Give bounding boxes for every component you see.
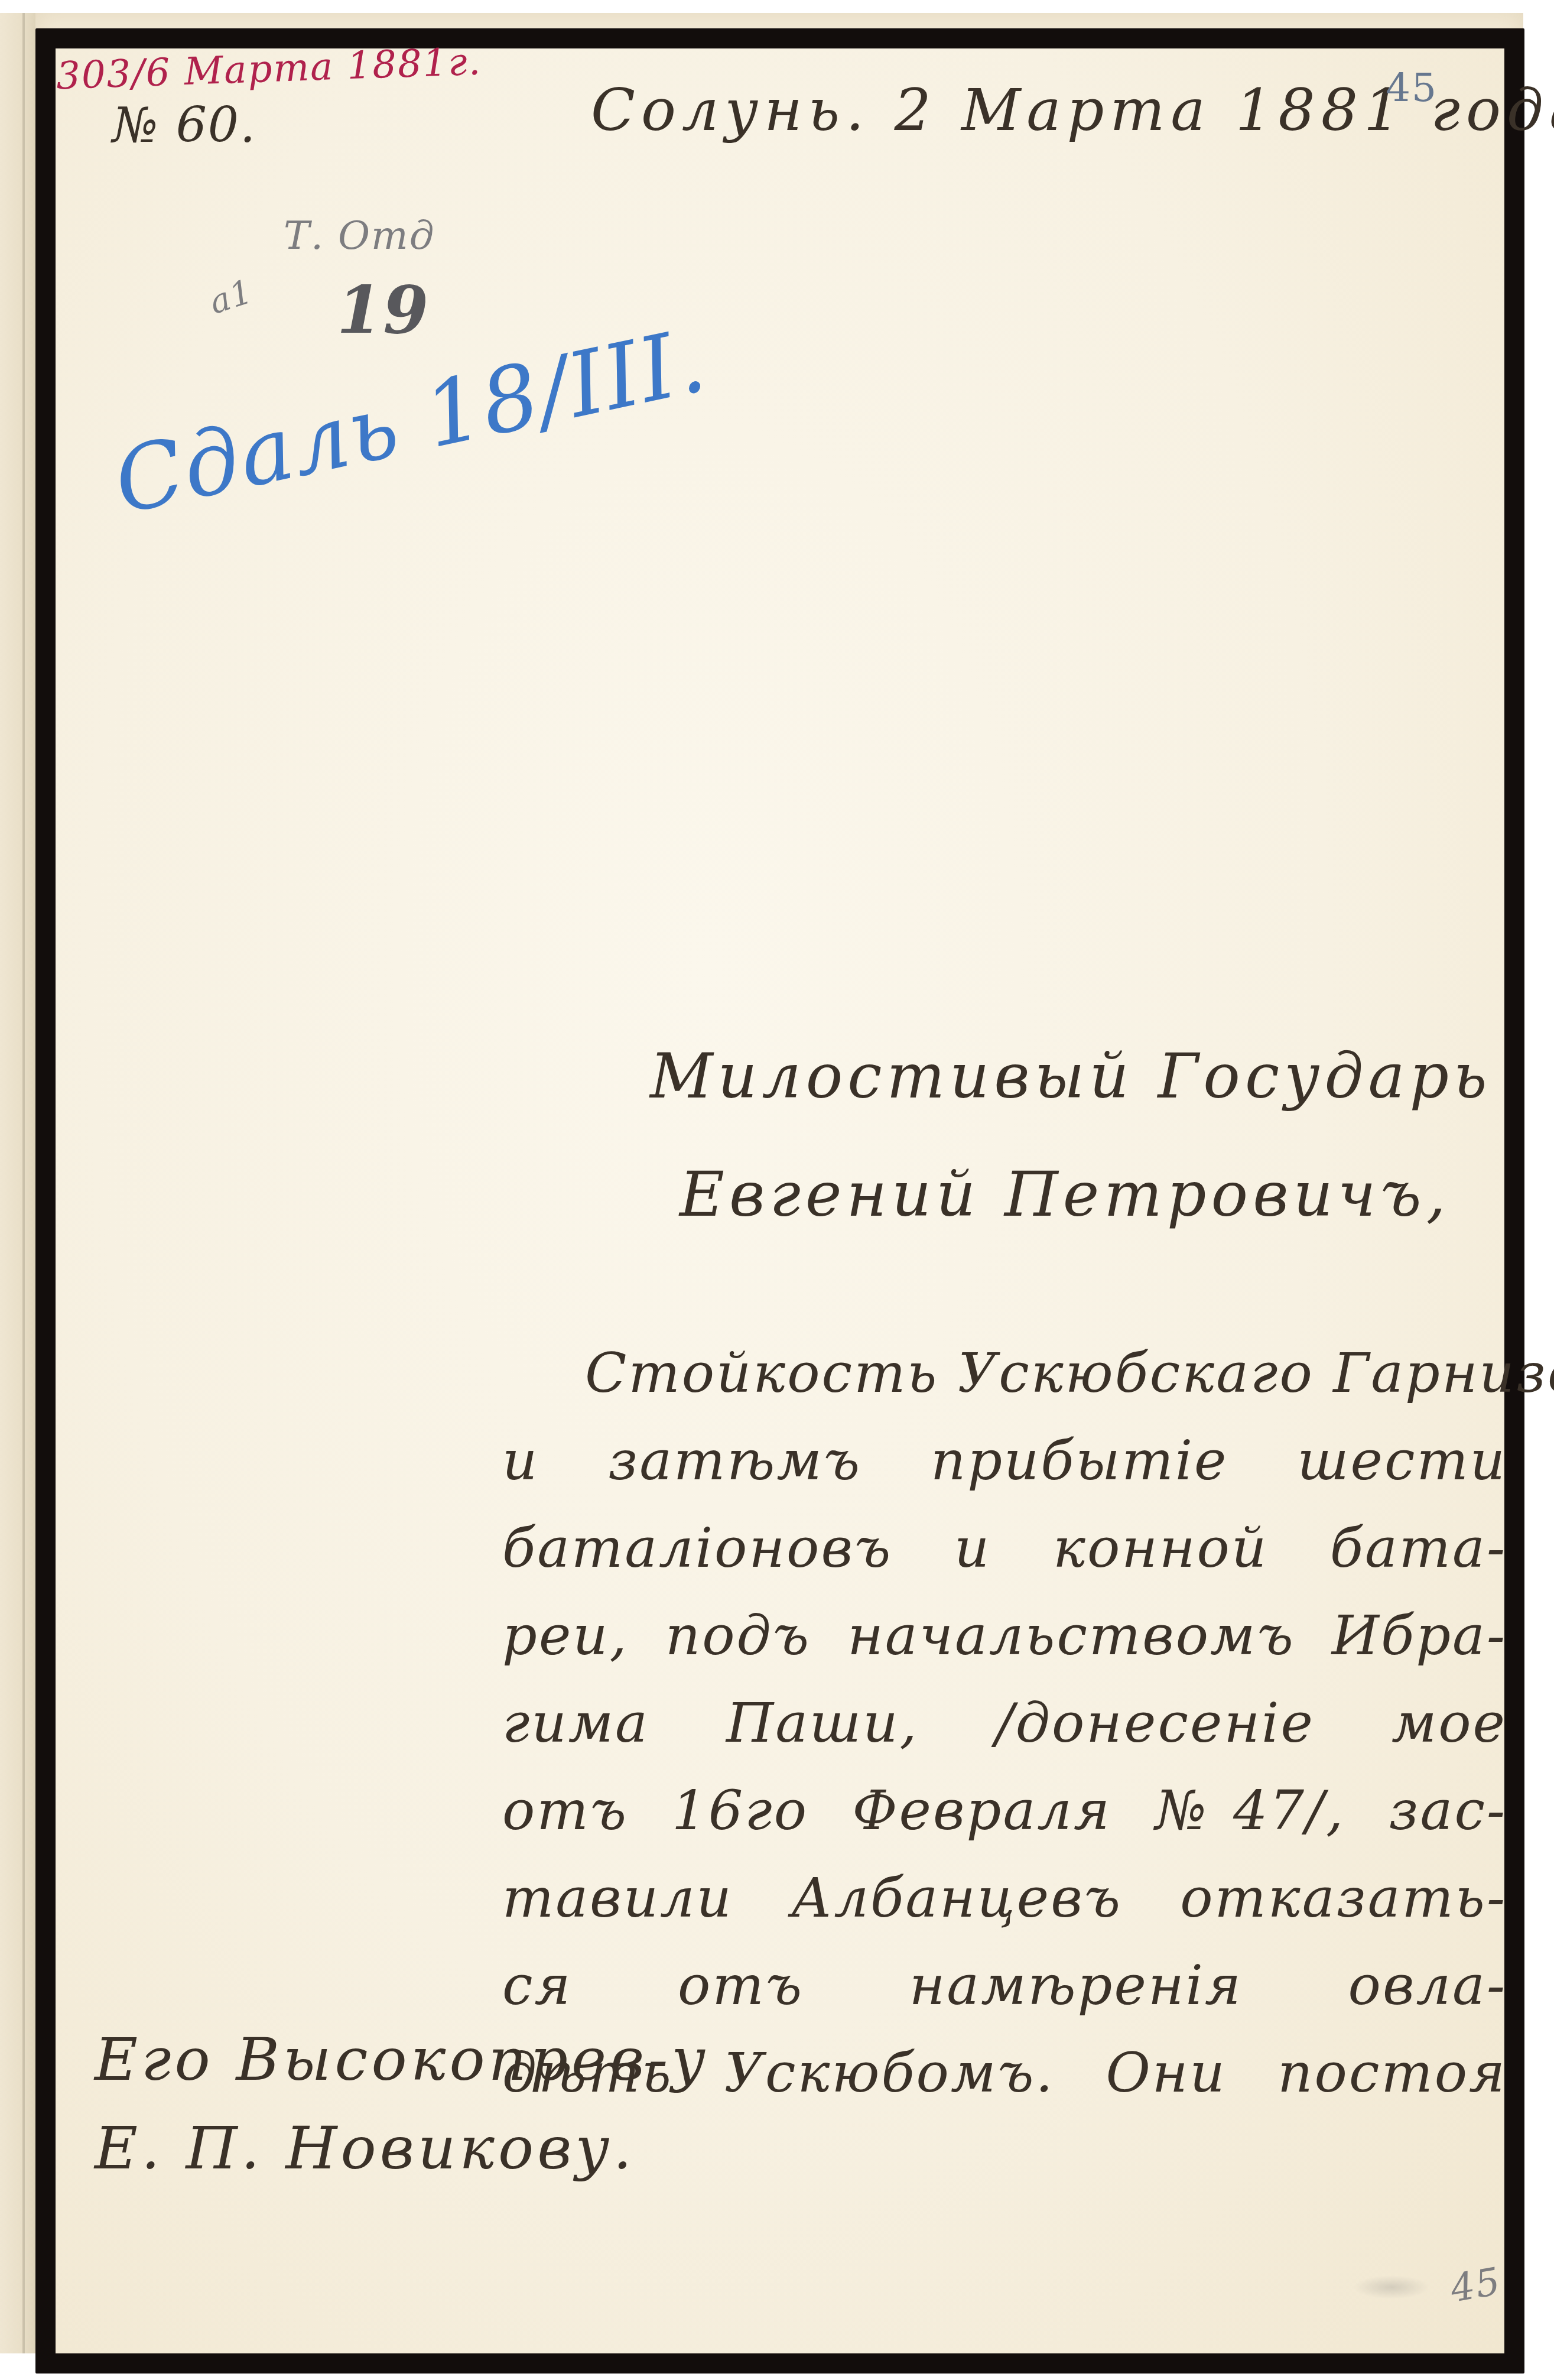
pencil-department-note: Т. Отд bbox=[284, 213, 435, 258]
document-number: № 60. bbox=[112, 98, 256, 154]
pencil-number-note: 19 bbox=[337, 272, 430, 348]
binding-strip bbox=[0, 13, 38, 2353]
folio-number-top: 45 bbox=[1386, 65, 1438, 111]
body-line: реи, подъ начальствомъ Ибра- bbox=[502, 1592, 1507, 1680]
body-line: Стойкость Ускюбскаго Гарнизона bbox=[502, 1330, 1507, 1417]
recipient-name: Е. П. Новикову. bbox=[95, 2104, 709, 2193]
salutation-line-2: Евгений Петровичъ, bbox=[680, 1158, 1451, 1230]
body-line: и затѣмъ прибытіе шести bbox=[502, 1417, 1507, 1505]
body-line: тавили Албанцевъ отказать- bbox=[502, 1855, 1507, 1942]
recipient-block: Его Высокопрев-у Е. П. Новикову. bbox=[95, 2015, 709, 2193]
letter-body: Стойкость Ускюбскаго Гарнизона и затѣмъ … bbox=[502, 1330, 1507, 2117]
salutation-line-1: Милостивый Государь bbox=[650, 1040, 1492, 1112]
body-line: баталіоновъ и конной бата- bbox=[502, 1505, 1507, 1592]
folio-number-bottom: 45 bbox=[1447, 2259, 1504, 2311]
body-line: отъ 16го Февраля №47/, зас- bbox=[502, 1767, 1507, 1855]
recipient-title: Его Высокопрев-у bbox=[95, 2015, 709, 2104]
pencil-smudge bbox=[1353, 2275, 1430, 2299]
body-line: гима Паши, /донесеніе мое bbox=[502, 1680, 1507, 1767]
